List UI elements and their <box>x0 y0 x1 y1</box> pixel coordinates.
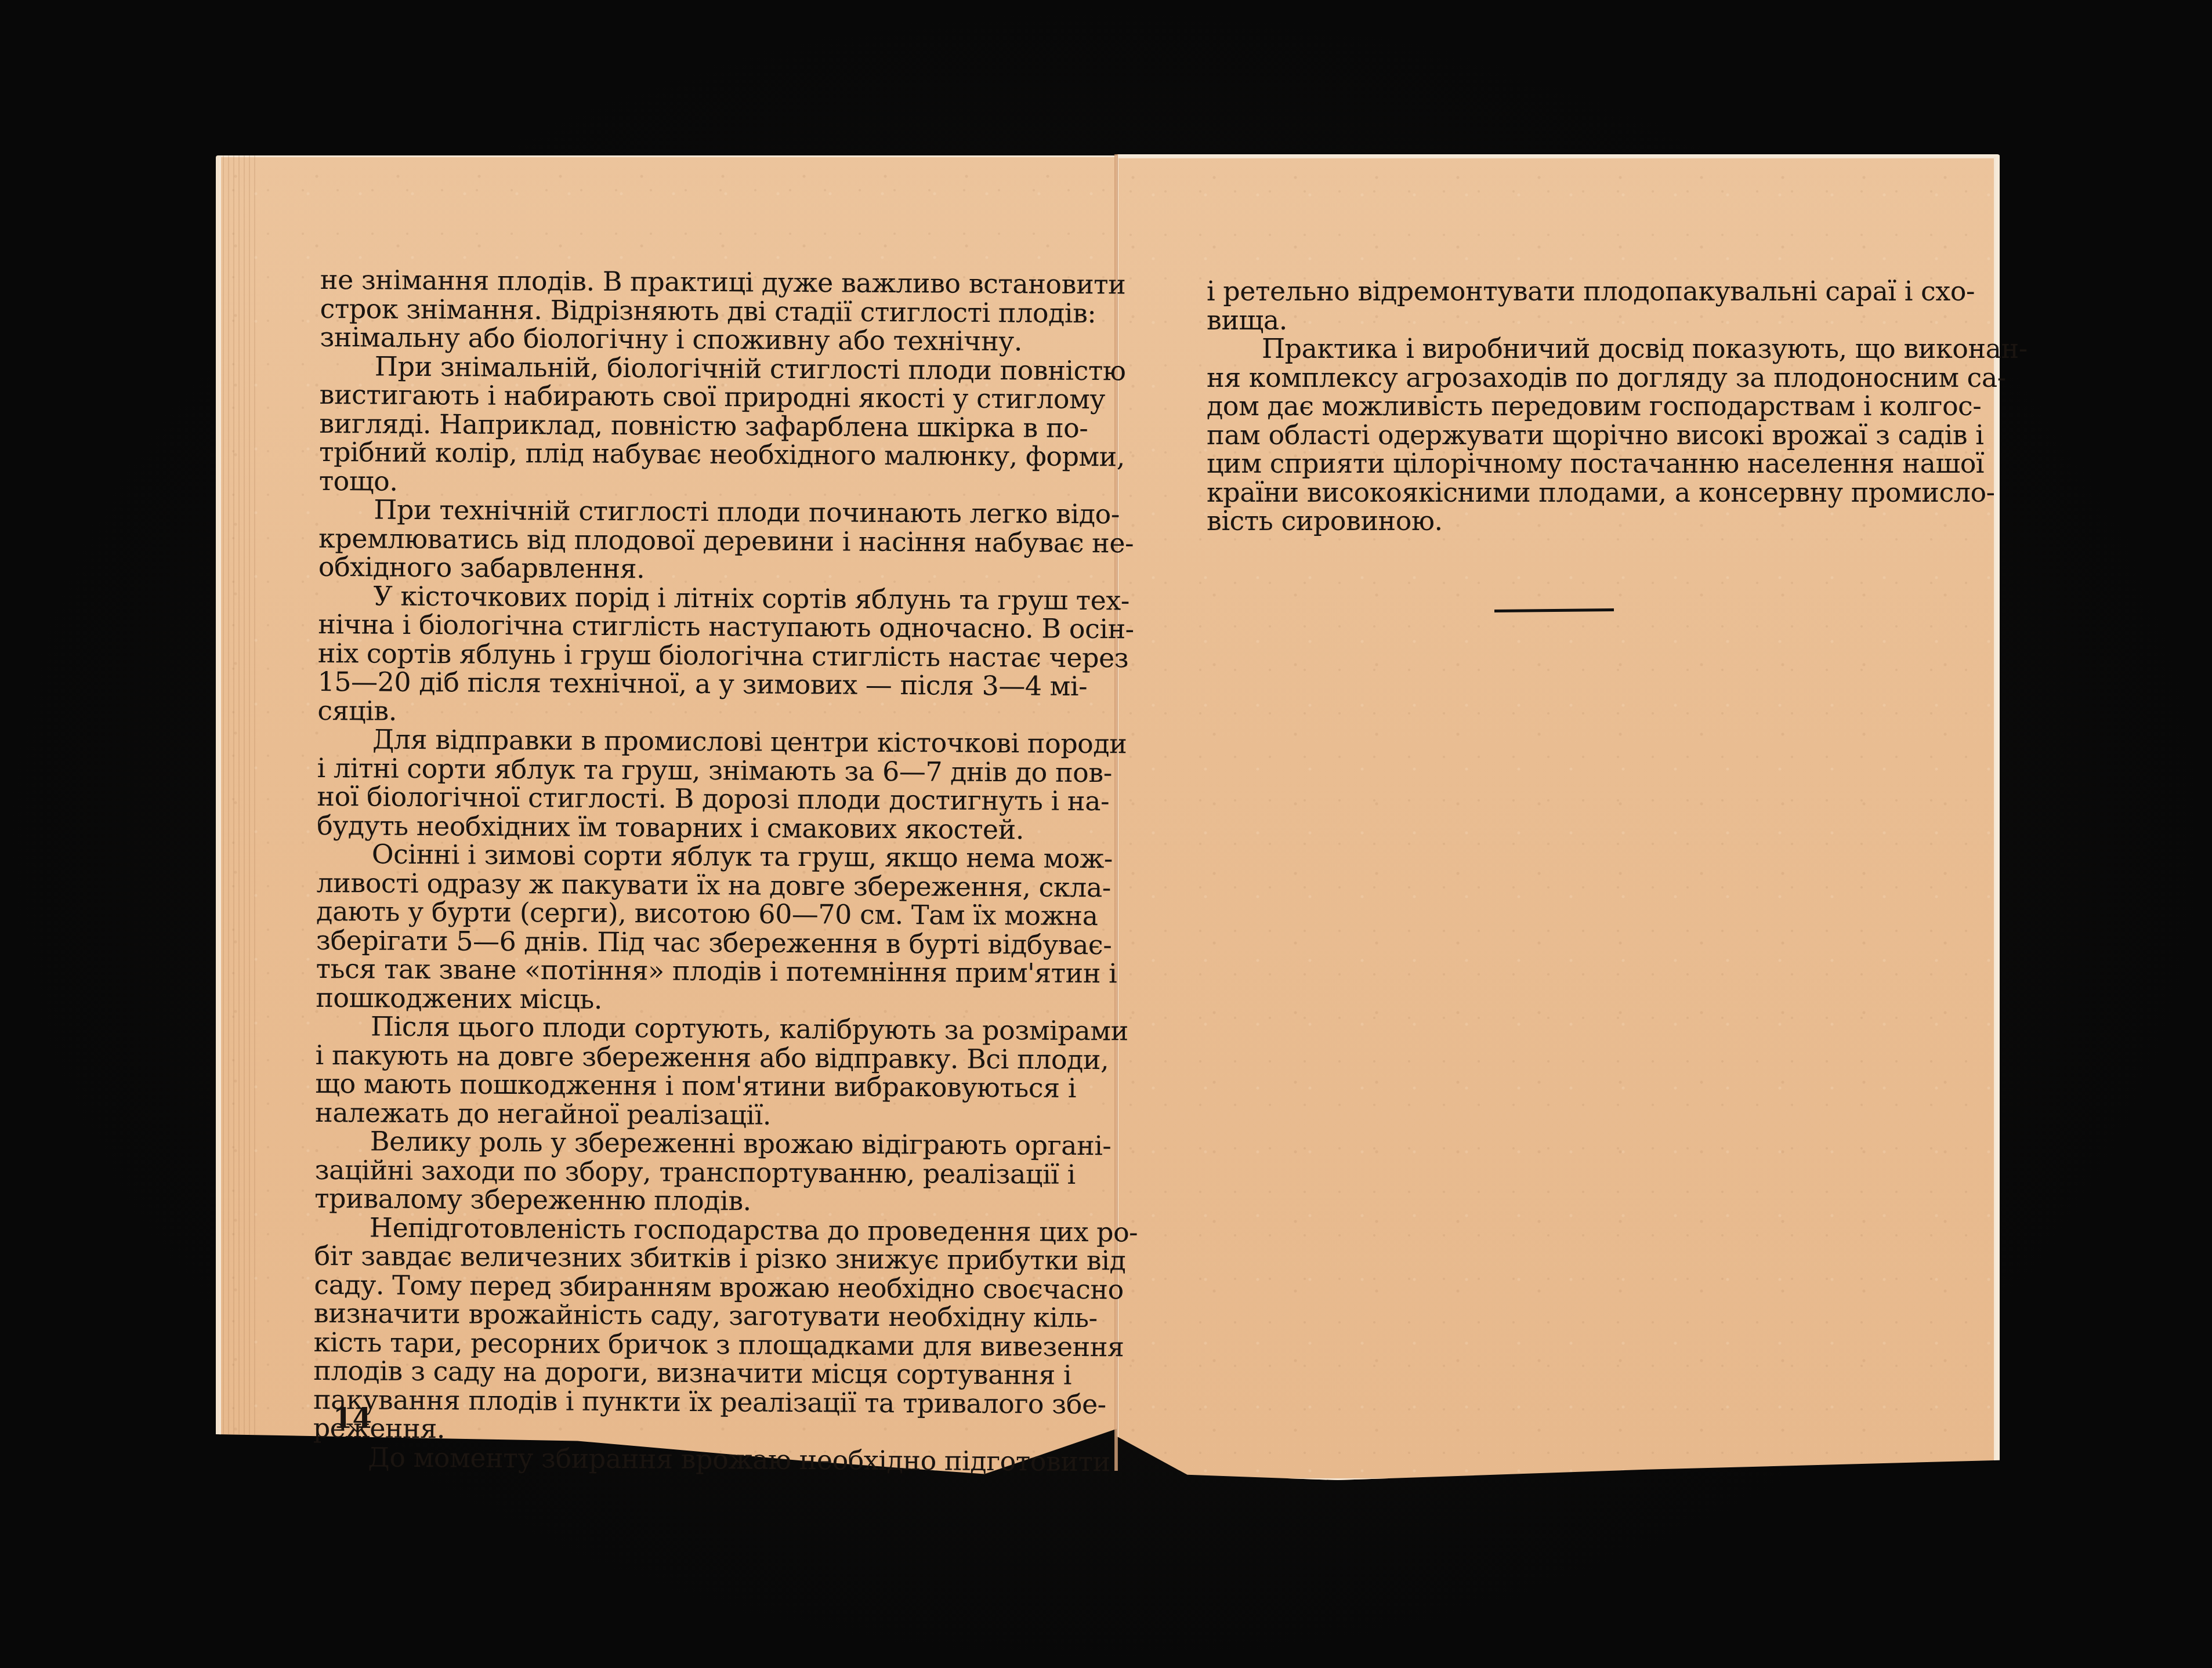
text-line: Практика і виробничий досвід показують, … <box>1207 335 1888 364</box>
text-line: пам області одержувати щорічно високі вр… <box>1207 421 1888 450</box>
text-line: До моменту збирання врожаю необхідно під… <box>313 1442 1015 1475</box>
paragraph: не знімання плодів. В практиці дуже важл… <box>320 266 1022 356</box>
text-line: країни високоякісними плодами, а консерв… <box>1207 478 1888 507</box>
paragraph: При технічній стиглості плоди починають … <box>318 495 1021 586</box>
paragraph: Для відправки в промислові центри кісточ… <box>317 725 1019 844</box>
paragraph: Практика і виробничий досвід показують, … <box>1207 335 1888 536</box>
text-line: вища. <box>1207 306 1888 335</box>
paragraph: Непідготовленість господарства до провед… <box>313 1213 1016 1446</box>
text-line: і ретельно відремонтувати плодопакувальн… <box>1207 277 1888 306</box>
left-page-body: не знімання плодів. В практиці дуже важл… <box>313 266 1022 1475</box>
right-page-body: і ретельно відремонтувати плодопакувальн… <box>1207 277 1888 536</box>
text-line: трібний колір, плід набуває необхідного … <box>319 438 1021 471</box>
text-line: ня комплексу агрозаходів по догляду за п… <box>1207 364 1888 393</box>
paragraph: Велику роль у збереженні врожаю відіграю… <box>314 1127 1017 1217</box>
text-line: 15—20 діб після технічної, а у зимових —… <box>317 668 1019 701</box>
paragraph: При знімальній, біологічній стиглості пл… <box>319 351 1022 499</box>
text-line: вість сировиною. <box>1207 507 1888 536</box>
paragraph: До моменту збирання врожаю необхідно під… <box>313 1442 1015 1475</box>
text-line: цим сприяти цілорічному постачанню насел… <box>1207 449 1888 478</box>
text-line: дом дає можливість передовим господарств… <box>1207 392 1888 421</box>
paragraph: і ретельно відремонтувати плодопакувальн… <box>1207 277 1888 335</box>
page-number: 14 <box>333 1402 372 1435</box>
paragraph: Осінні і зимові сорти яблук та груш, якщ… <box>316 840 1019 1016</box>
paragraph: Після цього плоди сортують, калібрують з… <box>315 1012 1018 1131</box>
paragraph: У кісточкових порід і літніх сортів яблу… <box>317 581 1020 729</box>
